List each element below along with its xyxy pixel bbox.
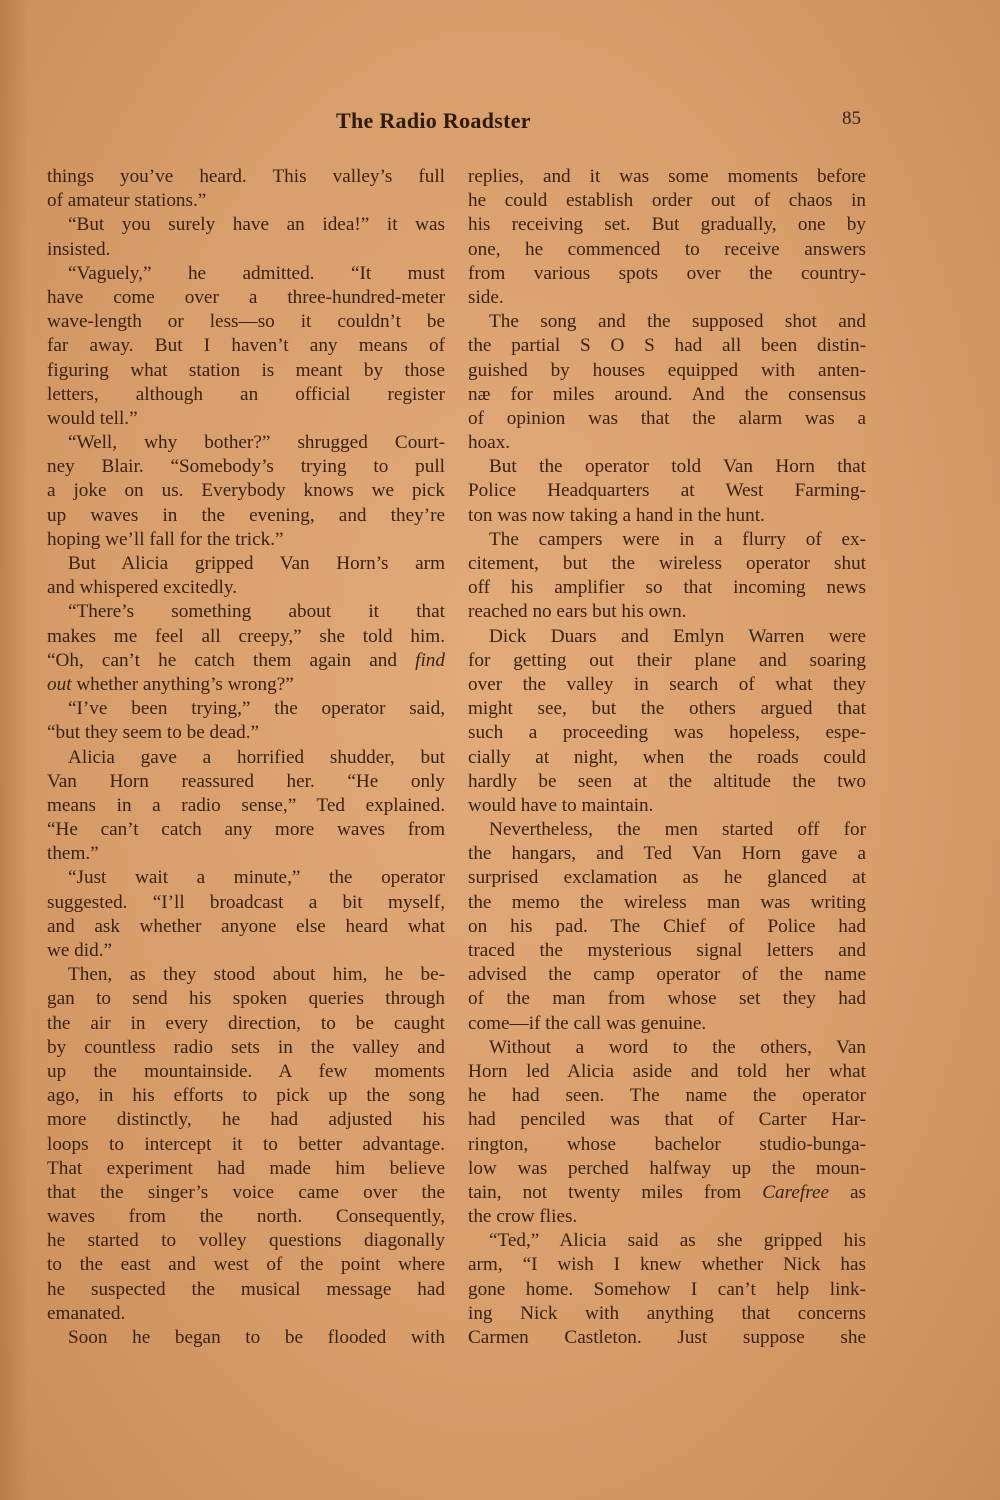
- right-text-column: replies, and it was some moments beforeh…: [468, 165, 866, 1350]
- text-line: more distinctly, he had adjusted his: [47, 1108, 445, 1132]
- text-line: reached no ears but his own.: [468, 600, 866, 624]
- page-number: 85: [842, 108, 861, 130]
- text-line: waves from the north. Consequently,: [47, 1205, 445, 1229]
- text-line: “He can’t catch any more waves from: [47, 818, 445, 842]
- text-line: he could establish order out of chaos in: [468, 189, 866, 213]
- text-line: over the valley in search of what they: [468, 673, 866, 697]
- running-title: The Radio Roadster: [336, 108, 531, 134]
- text-line: of the man from whose set they had: [468, 987, 866, 1011]
- text-line: that the singer’s voice came over the: [47, 1181, 445, 1205]
- text-line: Nevertheless, the men started off for: [468, 818, 866, 842]
- text-line: letters, although an official register: [47, 383, 445, 407]
- text-line: insisted.: [47, 238, 445, 262]
- text-line: “Well, why bother?” shrugged Court-: [47, 431, 445, 455]
- text-line: Police Headquarters at West Farming-: [468, 479, 866, 503]
- text-line: Van Horn reassured her. “He only: [47, 770, 445, 794]
- text-line: the hangars, and Ted Van Horn gave a: [468, 842, 866, 866]
- book-page: The Radio Roadster 85 things you’ve hear…: [0, 0, 1000, 1500]
- text-line: off his amplifier so that incoming news: [468, 576, 866, 600]
- text-line: a joke on us. Everybody knows we pick: [47, 479, 445, 503]
- text-line: makes me feel all creepy,” she told him.: [47, 625, 445, 649]
- text-line: suggested. “I’ll broadcast a bit myself,: [47, 891, 445, 915]
- text-line: the partial S O S had all been distin-: [468, 334, 866, 358]
- text-line: ton was now taking a hand in the hunt.: [468, 504, 866, 528]
- text-line: replies, and it was some moments before: [468, 165, 866, 189]
- text-line: far away. But I haven’t any means of: [47, 334, 445, 358]
- text-line: “I’ve been trying,” the operator said,: [47, 697, 445, 721]
- text-line: one, he commenced to receive answers: [468, 238, 866, 262]
- text-line: arm, “I wish I knew whether Nick has: [468, 1253, 866, 1277]
- text-line: he had seen. The name the operator: [468, 1084, 866, 1108]
- text-line: gan to send his spoken queries through: [47, 987, 445, 1011]
- text-line: he started to volley questions diagonall…: [47, 1229, 445, 1253]
- text-line: to the east and west of the point where: [47, 1253, 445, 1277]
- text-line: næ for miles around. And the consensus: [468, 383, 866, 407]
- text-line: he suspected the musical message had: [47, 1278, 445, 1302]
- text-line: from various spots over the country-: [468, 262, 866, 286]
- running-head: The Radio Roadster 85: [0, 108, 1000, 148]
- text-line: and ask whether anyone else heard what: [47, 915, 445, 939]
- text-line: of amateur stations.”: [47, 189, 445, 213]
- text-line: rington, whose bachelor studio-bunga-: [468, 1133, 866, 1157]
- text-line: such a proceeding was hopeless, espe-: [468, 721, 866, 745]
- text-line: for getting out their plane and soaring: [468, 649, 866, 673]
- text-line: ago, in his efforts to pick up the song: [47, 1084, 445, 1108]
- text-line: But the operator told Van Horn that: [468, 455, 866, 479]
- text-line: things you’ve heard. This valley’s full: [47, 165, 445, 189]
- text-line: surprised exclamation as he glanced at: [468, 866, 866, 890]
- text-line: cially at night, when the roads could: [468, 746, 866, 770]
- text-line: would have to maintain.: [468, 794, 866, 818]
- text-line: come—if the call was genuine.: [468, 1012, 866, 1036]
- text-line: advised the camp operator of the name: [468, 963, 866, 987]
- text-line: traced the mysterious signal letters and: [468, 939, 866, 963]
- text-line: side.: [468, 286, 866, 310]
- text-line: and whispered excitedly.: [47, 576, 445, 600]
- text-line: up waves in the evening, and they’re: [47, 504, 445, 528]
- text-line: hoping we’ll fall for the trick.”: [47, 528, 445, 552]
- text-line: the crow flies.: [468, 1205, 866, 1229]
- text-line: loops to intercept it to better advantag…: [47, 1133, 445, 1157]
- text-line: we did.”: [47, 939, 445, 963]
- text-line: The campers were in a flurry of ex-: [468, 528, 866, 552]
- text-line: would tell.”: [47, 407, 445, 431]
- text-line: Then, as they stood about him, he be-: [47, 963, 445, 987]
- left-text-column: things you’ve heard. This valley’s fullo…: [47, 165, 445, 1350]
- text-line: tain, not twenty miles from Carefree as: [468, 1181, 866, 1205]
- text-line: “Ted,” Alicia said as she gripped his: [468, 1229, 866, 1253]
- text-line: gone home. Somehow I can’t help link-: [468, 1278, 866, 1302]
- text-line: low was perched halfway up the moun-: [468, 1157, 866, 1181]
- text-line: ney Blair. “Somebody’s trying to pull: [47, 455, 445, 479]
- text-line: “But you surely have an idea!” it was: [47, 213, 445, 237]
- text-line: Carmen Castleton. Just suppose she: [468, 1326, 866, 1350]
- text-line: “Oh, can’t he catch them again and find: [47, 649, 445, 673]
- text-line: the memo the wireless man was writing: [468, 891, 866, 915]
- text-line: them.”: [47, 842, 445, 866]
- text-line: figuring what station is meant by those: [47, 359, 445, 383]
- text-line: had penciled was that of Carter Har-: [468, 1108, 866, 1132]
- text-line: of opinion was that the alarm was a: [468, 407, 866, 431]
- text-line: ing Nick with anything that concerns: [468, 1302, 866, 1326]
- text-line: wave-length or less—so it couldn’t be: [47, 310, 445, 334]
- text-line: The song and the supposed shot and: [468, 310, 866, 334]
- text-line: But Alicia gripped Van Horn’s arm: [47, 552, 445, 576]
- text-line: guished by houses equipped with anten-: [468, 359, 866, 383]
- text-line: “but they seem to be dead.”: [47, 721, 445, 745]
- text-line: hoax.: [468, 431, 866, 455]
- text-line: Horn led Alicia aside and told her what: [468, 1060, 866, 1084]
- text-line: Dick Duars and Emlyn Warren were: [468, 625, 866, 649]
- text-line: his receiving set. But gradually, one by: [468, 213, 866, 237]
- text-line: “There’s something about it that: [47, 600, 445, 624]
- text-line: the air in every direction, to be caught: [47, 1012, 445, 1036]
- text-line: Soon he began to be flooded with: [47, 1326, 445, 1350]
- text-line: “Vaguely,” he admitted. “It must: [47, 262, 445, 286]
- text-line: That experiment had made him believe: [47, 1157, 445, 1181]
- text-line: by countless radio sets in the valley an…: [47, 1036, 445, 1060]
- text-line: have come over a three-hundred-meter: [47, 286, 445, 310]
- text-line: Alicia gave a horrified shudder, but: [47, 746, 445, 770]
- text-line: might see, but the others argued that: [468, 697, 866, 721]
- text-line: out whether anything’s wrong?”: [47, 673, 445, 697]
- text-line: Without a word to the others, Van: [468, 1036, 866, 1060]
- text-line: means in a radio sense,” Ted explained.: [47, 794, 445, 818]
- text-line: up the mountainside. A few moments: [47, 1060, 445, 1084]
- text-line: citement, but the wireless operator shut: [468, 552, 866, 576]
- text-line: hardly be seen at the altitude the two: [468, 770, 866, 794]
- text-line: emanated.: [47, 1302, 445, 1326]
- text-line: on his pad. The Chief of Police had: [468, 915, 866, 939]
- text-line: “Just wait a minute,” the operator: [47, 866, 445, 890]
